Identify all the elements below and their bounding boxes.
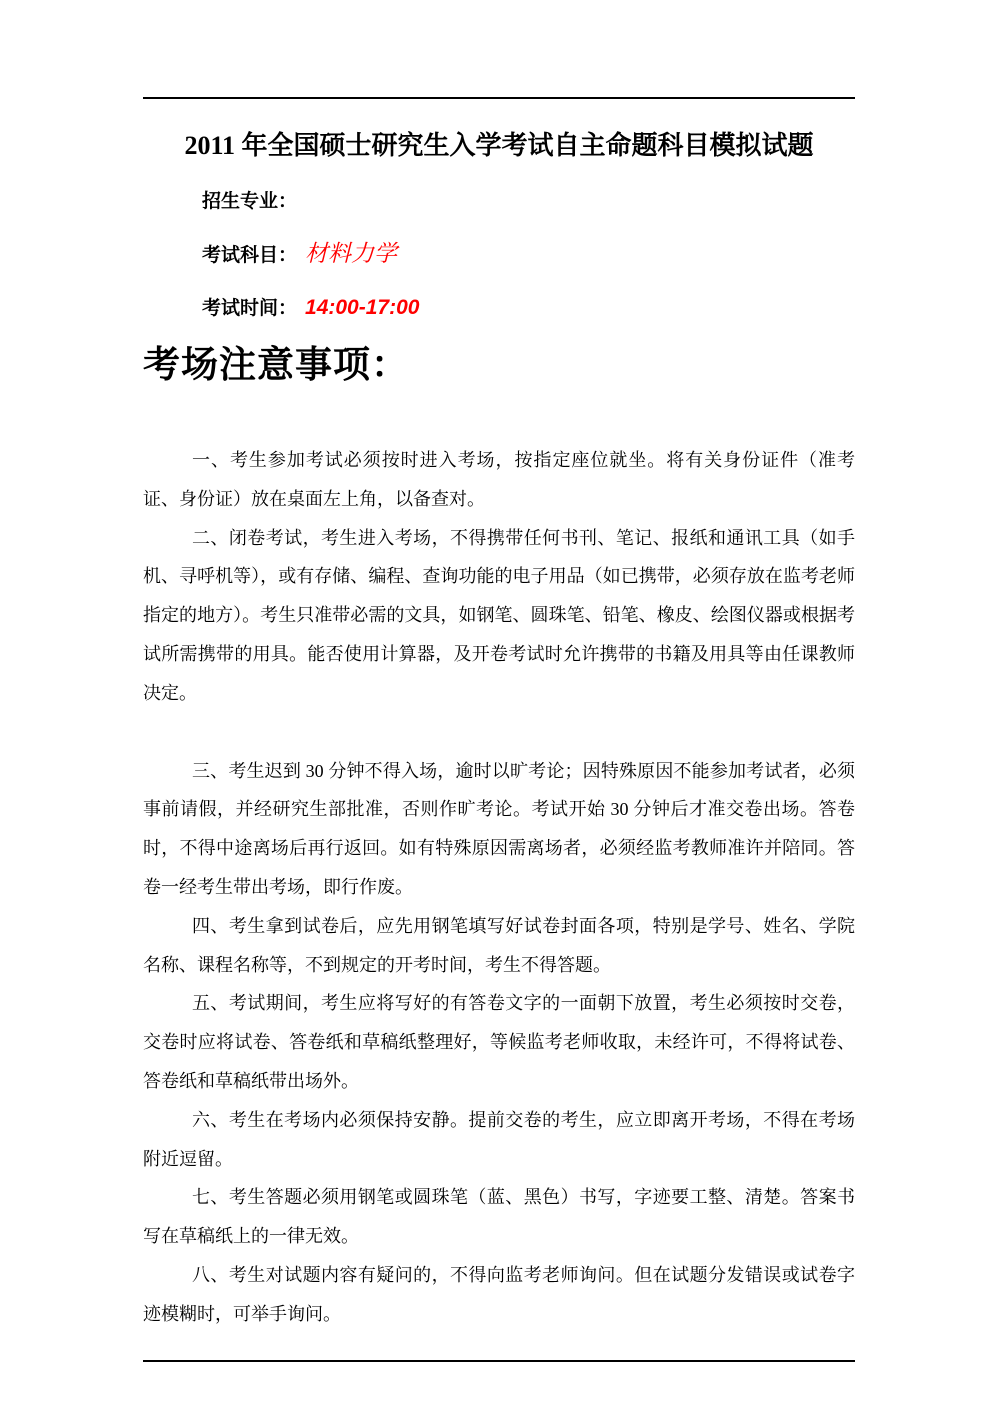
field-time: 考试时间：14:00-17:00 [202, 295, 855, 322]
section-heading: 考场注意事项： [143, 340, 855, 392]
note-paragraph-2: 二、闭卷考试，考生进入考场，不得携带任何书刊、笔记、报纸和通讯工具（如手机、寻呼… [143, 519, 855, 713]
notes-body: 一、考生参加考试必须按时进入考场，按指定座位就坐。将有关身份证件（准考证、身份证… [143, 441, 855, 1334]
note-paragraph-4: 四、考生拿到试卷后，应先用钢笔填写好试卷封面各项，特别是学号、姓名、学院名称、课… [143, 907, 855, 985]
note-paragraph-8: 八、考生对试题内容有疑问的，不得向监考老师询问。但在试题分发错误或试卷字迹模糊时… [143, 1256, 855, 1334]
field-subject-value: 材料力学 [305, 241, 397, 266]
document-page: 2011 年全国硕士研究生入学考试自主命题科目模拟试题 招生专业： 考试科目：材… [0, 0, 993, 1404]
document-content: 2011 年全国硕士研究生入学考试自主命题科目模拟试题 招生专业： 考试科目：材… [143, 97, 855, 1362]
bottom-rule [143, 1360, 855, 1362]
field-major-label: 招生专业： [202, 191, 297, 212]
exam-fields: 招生专业： 考试科目：材料力学 考试时间：14:00-17:00 [202, 189, 855, 322]
field-major: 招生专业： [202, 189, 855, 215]
note-paragraph-6: 六、考生在考场内必须保持安静。提前交卷的考生，应立即离开考场，不得在考场附近逗留… [143, 1101, 855, 1179]
field-time-value: 14:00-17:00 [305, 296, 419, 319]
note-paragraph-3: 三、考生迟到 30 分钟不得入场，逾时以旷考论；因特殊原因不能参加考试者，必须事… [143, 752, 855, 907]
note-paragraph-5: 五、考试期间，考生应将写好的有答卷文字的一面朝下放置，考生必须按时交卷，交卷时应… [143, 984, 855, 1100]
field-time-label: 考试时间： [202, 298, 297, 319]
note-paragraph-7: 七、考生答题必须用钢笔或圆珠笔（蓝、黑色）书写，字迹要工整、清楚。答案书写在草稿… [143, 1178, 855, 1256]
paragraph-spacer [143, 713, 855, 752]
field-subject: 考试科目：材料力学 [202, 241, 855, 269]
document-title: 2011 年全国硕士研究生入学考试自主命题科目模拟试题 [143, 129, 855, 163]
note-paragraph-1: 一、考生参加考试必须按时进入考场，按指定座位就坐。将有关身份证件（准考证、身份证… [143, 441, 855, 519]
field-subject-label: 考试科目： [202, 245, 297, 266]
top-rule [143, 97, 855, 99]
